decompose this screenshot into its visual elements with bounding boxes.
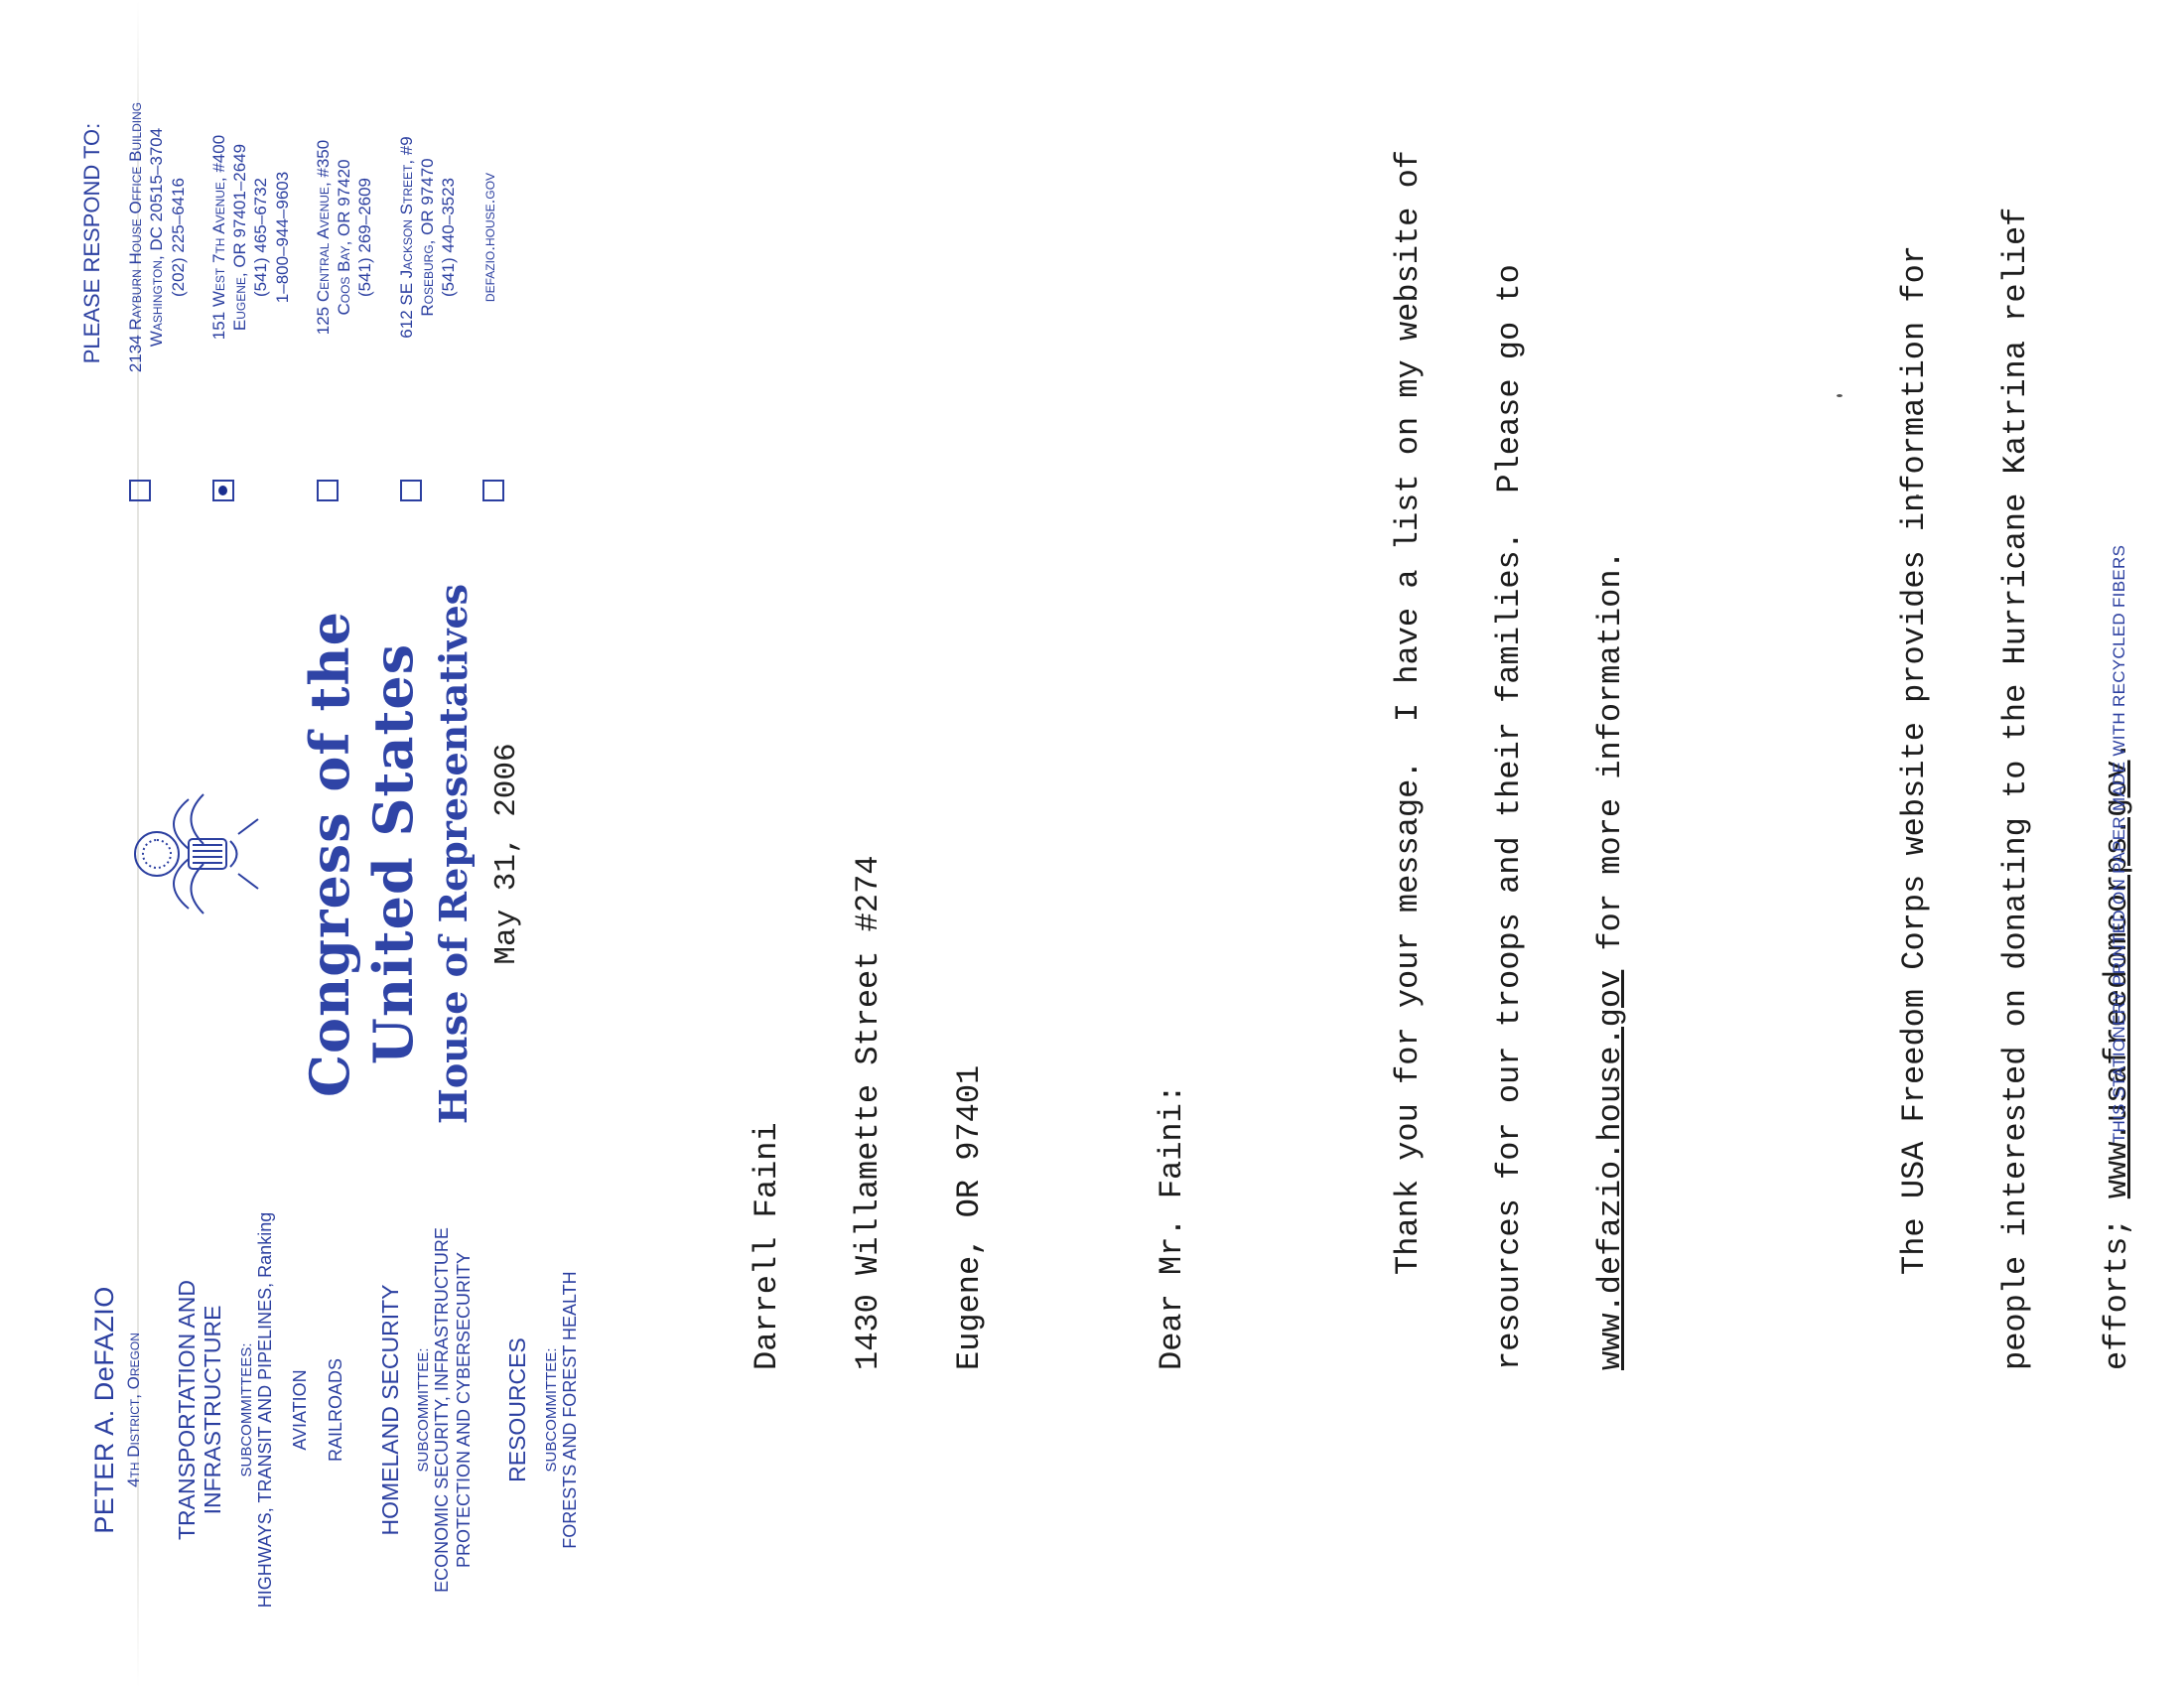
office-option: 2134 Rayburn House Office BuildingWashin…: [125, 25, 189, 501]
subcommittee-label: SUBCOMMITTEES:: [238, 1192, 255, 1628]
respond-to-heading: PLEASE RESPOND TO:: [79, 25, 105, 462]
office-address: 125 Central Avenue, #350Coos Bay, OR 974…: [313, 25, 376, 450]
subcommittee: AVIATION: [290, 1192, 312, 1628]
office-address-line: 612 SE Jackson Street, #9: [396, 25, 417, 450]
checkbox-icon[interactable]: [129, 480, 151, 501]
office-address-line: Washington, DC 20515–3704: [146, 25, 167, 450]
letter-date: May 31, 2006: [489, 536, 524, 1172]
letter-page: PETER A. DeFAZIO 4th District, Oregon TR…: [0, 0, 2184, 1688]
recipient-line: Darrell Faini: [751, 40, 784, 1370]
recipient-address: Darrell Faini 1430 Willamette Street #27…: [683, 40, 1054, 1370]
office-address: 151 West 7th Avenue, #400Eugene, OR 9740…: [208, 25, 293, 450]
paragraph: The USA Freedom Corps website provides i…: [1831, 40, 2184, 1370]
office-address-line: (541) 269–2609: [354, 25, 375, 450]
committee-name: RESOURCES: [504, 1192, 530, 1628]
checkbox-icon[interactable]: [317, 480, 339, 501]
office-option: 151 West 7th Avenue, #400Eugene, OR 9740…: [208, 25, 293, 501]
recipient-line: 1430 Willamette Street #274: [852, 40, 886, 1370]
office-address-line: 2134 Rayburn House Office Building: [125, 25, 146, 450]
eagle-seal-icon: [119, 779, 268, 928]
link-suffix: for more information.: [1592, 550, 1629, 969]
committee-name: TRANSPORTATION AND INFRASTRUCTURE: [174, 1192, 226, 1628]
subcommittee: ECONOMIC SECURITY, INFRASTRUCTURE PROTEC…: [432, 1192, 475, 1628]
office-option: 125 Central Avenue, #350Coos Bay, OR 974…: [313, 25, 376, 501]
office-address-line: Eugene, OR 97401–2649: [229, 25, 250, 450]
letterhead-subtitle: House of Representatives: [431, 536, 476, 1172]
office-address-line: defazio.house.gov: [478, 25, 499, 450]
subcommittee: HIGHWAYS, TRANSIT AND PIPELINES, Ranking: [255, 1192, 277, 1628]
subcommittee: FORESTS AND FOREST HEALTH: [560, 1192, 582, 1628]
office-address-line: (202) 225–6416: [168, 25, 189, 450]
stationery-footer: THIS STATIONERY PRINTED ON PAPER MADE WI…: [2110, 0, 2129, 1688]
office-address: defazio.house.gov: [478, 25, 499, 450]
office-option: 612 SE Jackson Street, #9Roseburg, OR 97…: [396, 25, 460, 501]
salutation: Dear Mr. Faini:: [1156, 40, 1189, 1370]
paragraph-line: resources for our troops and their famil…: [1493, 40, 1527, 1370]
office-address-line: Coos Bay, OR 97420: [334, 25, 354, 450]
office-address-line: (541) 440–3523: [438, 25, 459, 450]
paragraph-line: The USA Freedom Corps website provides i…: [1898, 40, 1932, 1370]
checkbox-icon[interactable]: [400, 480, 422, 501]
office-address-line: 151 West 7th Avenue, #400: [208, 25, 229, 450]
letterhead-title: Congress of the United States: [298, 536, 425, 1172]
office-address-line: 1–800–944–9603: [272, 25, 293, 450]
office-address: 612 SE Jackson Street, #9Roseburg, OR 97…: [396, 25, 460, 450]
office-address: 2134 Rayburn House Office BuildingWashin…: [125, 25, 189, 450]
paragraph-line: people interested on donating to the Hur…: [1999, 40, 2033, 1370]
office-address-line: Roseburg, OR 97470: [417, 25, 438, 450]
office-option: defazio.house.gov: [478, 25, 504, 501]
letterhead: Congress of the United States House of R…: [119, 536, 524, 1172]
letter-body: Darrell Faini 1430 Willamette Street #27…: [615, 40, 2184, 1370]
paragraph: Thank you for your message. I have a lis…: [1324, 40, 1696, 1370]
paragraph-line: www.defazio.house.gov for more informati…: [1594, 40, 1628, 1370]
subcommittee-label: SUBCOMMITTEE:: [415, 1192, 432, 1628]
member-district: 4th District, Oregon: [124, 1192, 144, 1628]
member-name: PETER A. DeFAZIO: [89, 1192, 120, 1628]
committee-name: HOMELAND SECURITY: [377, 1192, 403, 1628]
office-address-line: (541) 465–6732: [250, 25, 271, 450]
respond-to-column: PLEASE RESPOND TO: 2134 Rayburn House Of…: [79, 25, 504, 501]
checkbox-checked-icon[interactable]: [212, 480, 234, 501]
subcommittee: RAILROADS: [326, 1192, 347, 1628]
website-link[interactable]: www.defazio.house.gov: [1592, 970, 1629, 1370]
checkbox-icon[interactable]: [482, 480, 504, 501]
scan-speck: [1837, 394, 1843, 397]
scan-speck: [1916, 494, 1919, 496]
subcommittee-label: SUBCOMMITTEE:: [543, 1192, 560, 1628]
recipient-line: Eugene, OR 97401: [953, 40, 987, 1370]
paragraph-line: Thank you for your message. I have a lis…: [1392, 40, 1426, 1370]
office-address-line: 125 Central Avenue, #350: [313, 25, 334, 450]
member-info-column: PETER A. DeFAZIO 4th District, Oregon TR…: [89, 1192, 581, 1628]
